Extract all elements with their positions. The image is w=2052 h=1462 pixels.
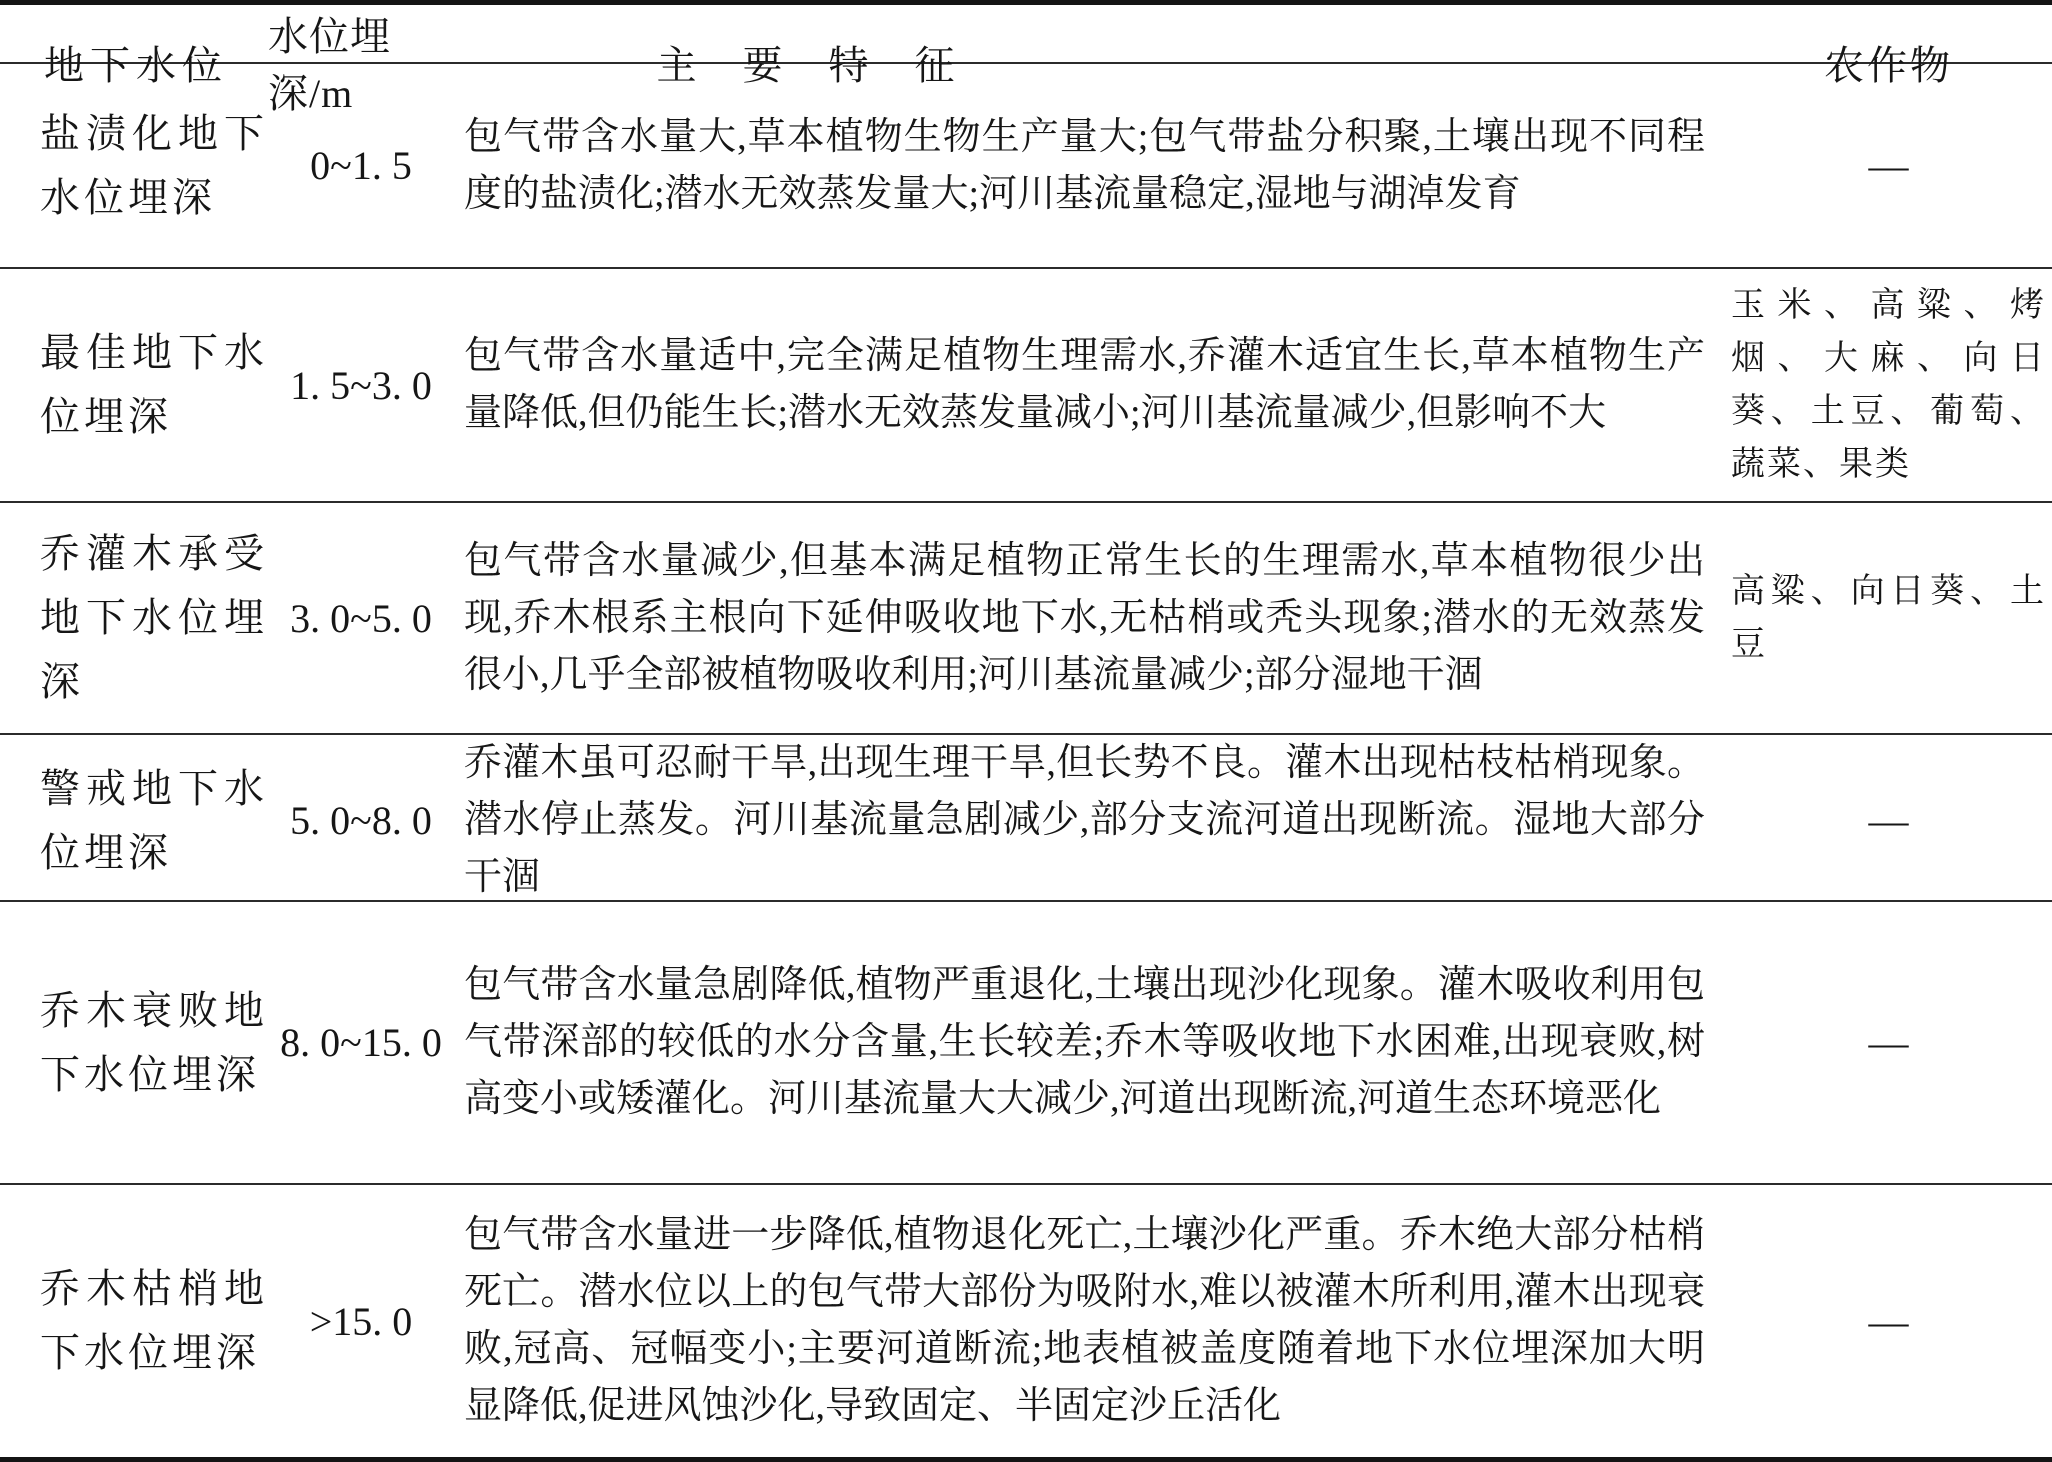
crops-cell: — bbox=[1725, 735, 2052, 906]
level-label: 盐渍化地下水位埋深 bbox=[40, 102, 268, 230]
depth-cell: 1. 5~3. 0 bbox=[268, 269, 454, 501]
features-text: 包气带含水量适中,完全满足植物生理需水,乔灌木适宜生长,草本植物生产量降低,但仍… bbox=[464, 328, 1705, 442]
crops-cell: 玉米、高粱、烤烟、大麻、向日葵、土豆、葡萄、蔬菜、果类 bbox=[1725, 269, 2052, 501]
depth-cell: >15. 0 bbox=[268, 1185, 454, 1457]
table-row: 乔木枯梢地下水位埋深 >15. 0 包气带含水量进一步降低,植物退化死亡,土壤沙… bbox=[0, 1183, 2052, 1457]
crops-cell: — bbox=[1725, 64, 2052, 267]
features-cell: 乔灌木虽可忍耐干旱,出现生理干旱,但长势不良。灌木出现枯枝枯梢现象。潜水停止蒸发… bbox=[454, 735, 1725, 906]
depth-cell: 0~1. 5 bbox=[268, 64, 454, 267]
crops-cell: — bbox=[1725, 1185, 2052, 1457]
level-label: 乔灌木承受地下水位埋深 bbox=[40, 522, 268, 714]
features-cell: 包气带含水量急剧降低,植物严重退化,土壤出现沙化现象。灌木吸收利用包气带深部的较… bbox=[454, 902, 1725, 1183]
features-cell: 包气带含水量大,草本植物生物生产量大;包气带盐分积聚,土壤出现不同程度的盐渍化;… bbox=[454, 64, 1725, 267]
crops-text: — bbox=[1731, 794, 2046, 847]
table-row: 最佳地下水位埋深 1. 5~3. 0 包气带含水量适中,完全满足植物生理需水,乔… bbox=[0, 267, 2052, 501]
level-cell: 警戒地下水位埋深 bbox=[0, 735, 268, 906]
crops-text: — bbox=[1731, 1295, 2046, 1348]
table-row: 乔灌木承受地下水位埋深 3. 0~5. 0 包气带含水量减少,但基本满足植物正常… bbox=[0, 501, 2052, 733]
table-row: 警戒地下水位埋深 5. 0~8. 0 乔灌木虽可忍耐干旱,出现生理干旱,但长势不… bbox=[0, 733, 2052, 900]
crops-cell: 高粱、向日葵、土豆 bbox=[1725, 503, 2052, 733]
level-label: 乔木衰败地下水位埋深 bbox=[40, 979, 268, 1107]
level-label: 最佳地下水位埋深 bbox=[40, 321, 268, 449]
crops-cell: — bbox=[1725, 902, 2052, 1183]
level-cell: 最佳地下水位埋深 bbox=[0, 269, 268, 501]
level-cell: 盐渍化地下水位埋深 bbox=[0, 64, 268, 267]
features-text: 包气带含水量减少,但基本满足植物正常生长的生理需水,草本植物很少出现,乔木根系主… bbox=[464, 533, 1705, 704]
table-row: 乔木衰败地下水位埋深 8. 0~15. 0 包气带含水量急剧降低,植物严重退化,… bbox=[0, 900, 2052, 1183]
features-cell: 包气带含水量适中,完全满足植物生理需水,乔灌木适宜生长,草本植物生产量降低,但仍… bbox=[454, 269, 1725, 501]
depth-cell: 3. 0~5. 0 bbox=[268, 503, 454, 733]
features-text: 包气带含水量进一步降低,植物退化死亡,土壤沙化严重。乔木绝大部分枯梢死亡。潜水位… bbox=[464, 1207, 1705, 1435]
features-cell: 包气带含水量进一步降低,植物退化死亡,土壤沙化严重。乔木绝大部分枯梢死亡。潜水位… bbox=[454, 1185, 1725, 1457]
depth-cell: 5. 0~8. 0 bbox=[268, 735, 454, 906]
level-cell: 乔木衰败地下水位埋深 bbox=[0, 902, 268, 1183]
features-text: 包气带含水量大,草本植物生物生产量大;包气带盐分积聚,土壤出现不同程度的盐渍化;… bbox=[464, 109, 1705, 223]
level-cell: 乔灌木承受地下水位埋深 bbox=[0, 503, 268, 733]
table-header-row: 地下水位 水位埋深/m 主 要 特 征 农作物 bbox=[0, 5, 2052, 62]
features-text: 包气带含水量急剧降低,植物严重退化,土壤出现沙化现象。灌木吸收利用包气带深部的较… bbox=[464, 957, 1705, 1128]
level-label: 乔木枯梢地下水位埋深 bbox=[40, 1257, 268, 1385]
crops-text: — bbox=[1731, 1016, 2046, 1069]
depth-cell: 8. 0~15. 0 bbox=[268, 902, 454, 1183]
crops-text: 玉米、高粱、烤烟、大麻、向日葵、土豆、葡萄、蔬菜、果类 bbox=[1731, 279, 2046, 491]
features-text: 乔灌木虽可忍耐干旱,出现生理干旱,但长势不良。灌木出现枯枝枯梢现象。潜水停止蒸发… bbox=[464, 735, 1705, 906]
groundwater-depth-table: 地下水位 水位埋深/m 主 要 特 征 农作物 盐渍化地下水位埋深 0~1. 5… bbox=[0, 0, 2052, 1462]
features-cell: 包气带含水量减少,但基本满足植物正常生长的生理需水,草本植物很少出现,乔木根系主… bbox=[454, 503, 1725, 733]
table-row: 盐渍化地下水位埋深 0~1. 5 包气带含水量大,草本植物生物生产量大;包气带盐… bbox=[0, 62, 2052, 267]
level-cell: 乔木枯梢地下水位埋深 bbox=[0, 1185, 268, 1457]
crops-text: — bbox=[1731, 139, 2046, 192]
crops-text: 高粱、向日葵、土豆 bbox=[1731, 565, 2046, 671]
level-label: 警戒地下水位埋深 bbox=[40, 757, 268, 885]
